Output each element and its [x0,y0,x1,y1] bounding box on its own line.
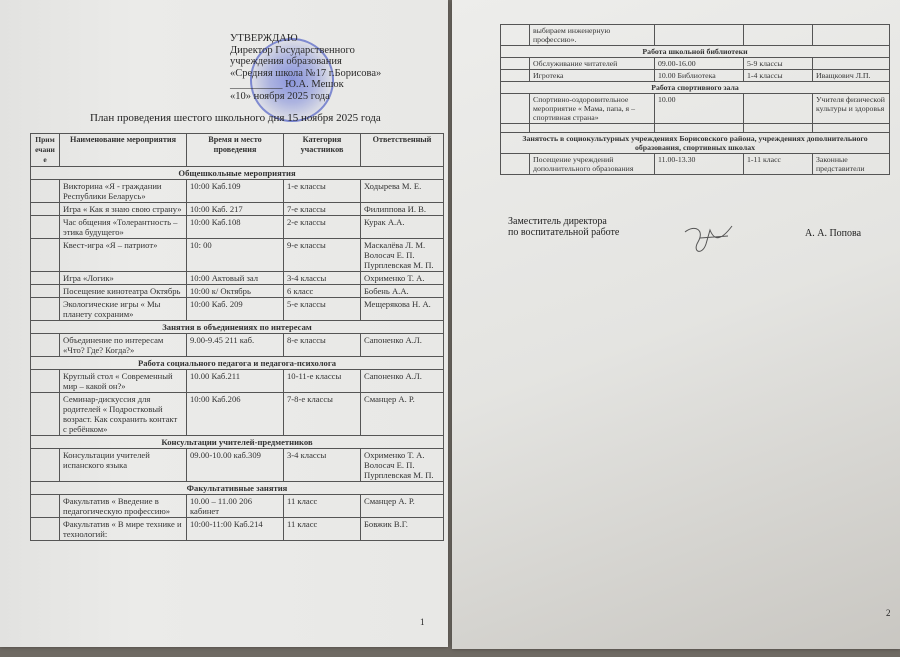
table-row: Семинар-дискуссия для родителей « Подрос… [31,393,444,436]
cell-responsible: Мещерякова Н. А. [361,298,444,321]
cell-note [31,495,60,518]
cell-note [31,298,60,321]
cell-responsible: Маскалёва Л. М. Волосач Е. П. Пурплевска… [361,239,444,272]
cell-name: Игротека [530,70,655,82]
cell-responsible: Охрименко Т. А. [361,272,444,285]
cell-time-place: 9.00-9.45 211 каб. [187,334,284,357]
approval-line: «Средняя школа №17 г.Борисова» [230,68,381,80]
header-responsible: Ответственный [361,134,444,167]
cell-time-place: 10:00 Каб. 217 [187,203,284,216]
cell-note [31,216,60,239]
section-title: Занятость в социокультурных учреждениях … [501,133,890,154]
approval-line: Директор Государственного [230,45,381,57]
cell-category: 11 класс [284,518,361,541]
table-row: Круглый стол « Современный мир – какой о… [31,370,444,393]
cell-note [31,370,60,393]
cell-name: Круглый стол « Современный мир – какой о… [60,370,187,393]
cell-name: Посещение учреждений дополнительного обр… [530,154,655,175]
cell-note [31,272,60,285]
cell-name: Консультации учителей испанского языка [60,449,187,482]
cell-category: 5-е классы [284,298,361,321]
cell-name: Посещение кинотеатра Октябрь [60,285,187,298]
table-row: Экологические игры « Мы планету сохраним… [31,298,444,321]
table-row: Игра «Логик»10:00 Актовый зал3-4 классыО… [31,272,444,285]
cell-time-place: 10.00 – 11.00 206 кабинет [187,495,284,518]
cell-responsible: Иващкович Л.П. [813,70,890,82]
table-row: Квест-игра «Я – патриот»10: 009-е классы… [31,239,444,272]
section-title: Занятия в объединениях по интересам [31,321,444,334]
cell-name: Факультатив « Введение в педагогическую … [60,495,187,518]
cell-responsible: Охрименко Т. А. Волосач Е. П. Пурплевска… [361,449,444,482]
table-row: Объединение по интересам «Что? Где? Когд… [31,334,444,357]
cell-name: Семинар-дискуссия для родителей « Подрос… [60,393,187,436]
cell-time-place: 09.00-10.00 каб.309 [187,449,284,482]
approval-line: учреждения образования [230,56,381,68]
cell-responsible: Курак А.А. [361,216,444,239]
cell-responsible [813,25,890,46]
section-header-row: Факультативные занятия [31,482,444,495]
cell-note [31,518,60,541]
cell-time-place: 10.00 Каб.211 [187,370,284,393]
cell-responsible: Сманцер А. Р. [361,393,444,436]
cell-name: Игра « Как я знаю свою страну» [60,203,187,216]
cell-category: 11 класс [284,495,361,518]
cell-responsible [813,58,890,70]
cell-category: 2-е классы [284,216,361,239]
table-row: Посещение учреждений дополнительного обр… [501,154,890,175]
cell-responsible: Сапоненко А.Л. [361,334,444,357]
cell-note [31,449,60,482]
cell-time-place: 10.00 [655,94,744,124]
table-row: Игра « Как я знаю свою страну»10:00 Каб.… [31,203,444,216]
approval-line: УТВЕРЖДАЮ [230,33,381,45]
cell-category: 9-е классы [284,239,361,272]
page-number: 1 [420,617,425,627]
cell-category: 3-4 классы [284,449,361,482]
signer-position: по воспитательной работе [508,227,619,238]
cell-note [31,239,60,272]
section-title: Консультации учителей-предметников [31,436,444,449]
cell-category: 1-4 классы [744,70,813,82]
cell-category: 5-9 классы [744,58,813,70]
cell-responsible: Филиппова И. В. [361,203,444,216]
section-header-row: Работа спортивного зала [501,82,890,94]
cell-name: выбираем инженерную профессию». [530,25,655,46]
cell-note [501,70,530,82]
section-header-row: Общешкольные мероприятия [31,167,444,180]
plan-table-page-1: Примечание Наименование мероприятия Врем… [30,133,444,541]
cell-name: Игра «Логик» [60,272,187,285]
section-title: Работа школьной библиотеки [501,46,890,58]
cell-time-place: 10:00 Каб.108 [187,216,284,239]
signer-name: А. А. Попова [805,228,861,239]
cell-note [31,203,60,216]
cell-time-place: 09.00-16.00 [655,58,744,70]
cell-time-place: 10:00 Каб.109 [187,180,284,203]
cell-time-place: 10:00 Каб.206 [187,393,284,436]
cell-responsible: Ходырева М. Е. [361,180,444,203]
cell-note [31,393,60,436]
cell-name: Обслуживание читателей [530,58,655,70]
header-category: Категория участников [284,134,361,167]
cell-note [501,58,530,70]
section-title: Факультативные занятия [31,482,444,495]
plan-table-page-2: выбираем инженерную профессию».Работа шк… [500,24,890,175]
section-header-row: Работа школьной библиотеки [501,46,890,58]
table-header-row: Примечание Наименование мероприятия Врем… [31,134,444,167]
cell-responsible: Учителя физической культуры и здоровья [813,94,890,124]
cell-responsible: Законные представители [813,154,890,175]
cell-name [530,124,655,133]
table-row: Факультатив « В мире технике и технологи… [31,518,444,541]
cell-note [501,25,530,46]
cell-name: Викторина «Я - граждании Республики Бела… [60,180,187,203]
cell-time-place [655,124,744,133]
cell-category: 3-4 классы [284,272,361,285]
cell-note [31,180,60,203]
section-title: Работа социального педагога и педагога-п… [31,357,444,370]
cell-time-place: 10: 00 [187,239,284,272]
cell-time-place: 10.00 Библиотека [655,70,744,82]
cell-responsible: Бовжик В.Г. [361,518,444,541]
cell-time-place: 10:00 Актовый зал [187,272,284,285]
cell-time-place: 10:00-11:00 Каб.214 [187,518,284,541]
cell-category [744,124,813,133]
cell-category [744,25,813,46]
cell-name: Спортивно-оздоровительное мероприятие « … [530,94,655,124]
section-header-row: Работа социального педагога и педагога-п… [31,357,444,370]
cell-name: Час общения «Толерантность – этика будущ… [60,216,187,239]
cell-time-place: 10:00 Каб. 209 [187,298,284,321]
header-time-place: Время и место проведения [187,134,284,167]
cell-note [31,334,60,357]
cell-time-place: 10:00 к/ Октябрь [187,285,284,298]
cell-name: Объединение по интересам «Что? Где? Когд… [60,334,187,357]
header-event-name: Наименование мероприятия [60,134,187,167]
cell-name: Экологические игры « Мы планету сохраним… [60,298,187,321]
section-header-row: Занятость в социокультурных учреждениях … [501,133,890,154]
plan-title: План проведения шестого школьного дня 15… [90,112,381,124]
cell-name: Квест-игра «Я – патриот» [60,239,187,272]
table-row: Посещение кинотеатра Октябрь10:00 к/ Окт… [31,285,444,298]
table-row: Обслуживание читателей09.00-16.005-9 кла… [501,58,890,70]
cell-responsible [813,124,890,133]
cell-responsible: Сманцер А. Р. [361,495,444,518]
cell-time-place: 11.00-13.30 [655,154,744,175]
cell-category [744,94,813,124]
cell-category: 7-8-е классы [284,393,361,436]
cell-category: 8-е классы [284,334,361,357]
cell-note [501,124,530,133]
cell-note [501,94,530,124]
cell-time-place [655,25,744,46]
cell-responsible: Сапоненко А.Л. [361,370,444,393]
table-row: Викторина «Я - граждании Республики Бела… [31,180,444,203]
section-title: Работа спортивного зала [501,82,890,94]
signature-block: Заместитель директора по воспитательной … [508,216,619,238]
cell-responsible: Бобень А.А. [361,285,444,298]
table-row [501,124,890,133]
cell-name: Факультатив « В мире технике и технологи… [60,518,187,541]
cell-category: 1-е классы [284,180,361,203]
table-row: Спортивно-оздоровительное мероприятие « … [501,94,890,124]
approval-block: УТВЕРЖДАЮ Директор Государственного учре… [230,33,381,102]
signer-position: Заместитель директора [508,216,619,227]
section-header-row: Занятия в объединениях по интересам [31,321,444,334]
page-number: 2 [886,608,891,618]
cell-category: 10-11-е классы [284,370,361,393]
document-page-1: УТВЕРЖДАЮ Директор Государственного учре… [0,0,448,647]
table-row: выбираем инженерную профессию». [501,25,890,46]
table-row: Консультации учителей испанского языка09… [31,449,444,482]
header-note: Примечание [31,134,60,167]
approval-line: «10» ноября 2025 года [230,91,381,103]
table-row: Час общения «Толерантность – этика будущ… [31,216,444,239]
cell-category: 1-11 класс [744,154,813,175]
cell-category: 7-е классы [284,203,361,216]
table-row: Игротека10.00 Библиотека1-4 классыИващко… [501,70,890,82]
section-header-row: Консультации учителей-предметников [31,436,444,449]
cell-note [31,285,60,298]
handwritten-signature-icon [680,222,740,262]
cell-note [501,154,530,175]
cell-category: 6 класс [284,285,361,298]
section-title: Общешкольные мероприятия [31,167,444,180]
table-row: Факультатив « Введение в педагогическую … [31,495,444,518]
approval-line: __________ Ю.А. Мешок [230,79,381,91]
